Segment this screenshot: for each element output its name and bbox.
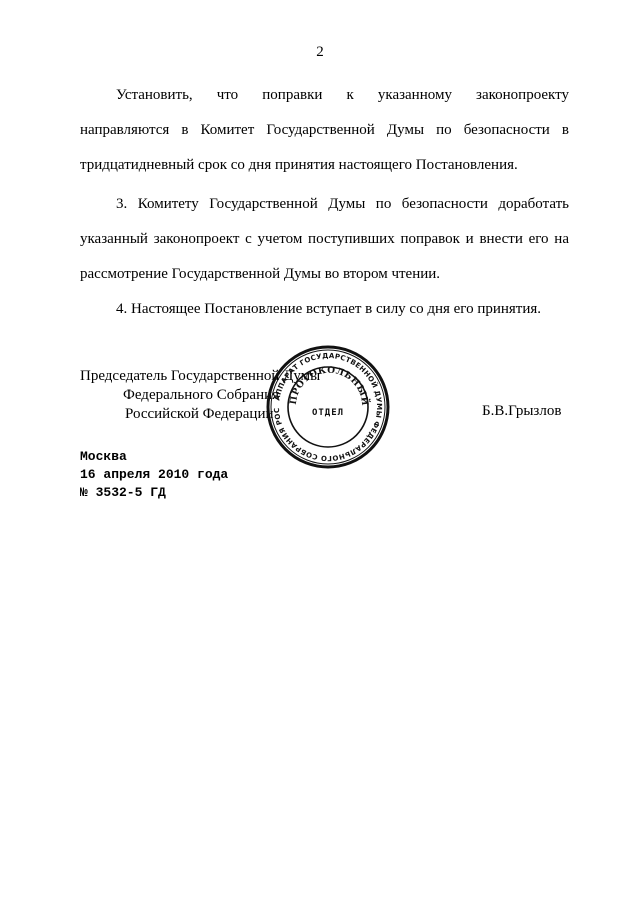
meta-city: Москва [80,448,228,466]
line-text: 3. Комитету Государственной Думы по безо… [116,196,569,212]
paragraph-line: 4. Настоящее Постановление вступает в си… [80,292,569,327]
official-stamp: АППАРАТ ГОСУДАРСТВЕННОЙ ДУМЫ ФЕДЕРАЛЬНОГ… [266,345,390,469]
paragraph-item-3: 3. Комитету Государственной Думы по безо… [80,187,569,292]
paragraph-line: направляются в Комитет Государственной Д… [80,113,569,148]
paragraph-line: 3. Комитету Государственной Думы по безо… [80,187,569,222]
line-text: указанный законопроект с учетом поступив… [80,231,569,247]
paragraph-item-4: 4. Настоящее Постановление вступает в си… [80,292,569,327]
page-number: 2 [0,44,640,61]
document-meta: Москва 16 апреля 2010 года № 3532-5 ГД [80,448,228,502]
paragraph-establish: Установить, что поправки к указанному за… [80,78,569,183]
paragraph-line: указанный законопроект с учетом поступив… [80,222,569,257]
line-text: 4. Настоящее Постановление вступает в си… [116,301,541,317]
line-text: Установить, что поправки к указанному за… [116,87,569,103]
paragraph-line: тридцатидневный срок со дня принятия нас… [80,148,569,183]
signer-name: Б.В.Грызлов [482,403,561,420]
paragraph-line: Установить, что поправки к указанному за… [80,78,569,113]
stamp-seal-icon: АППАРАТ ГОСУДАРСТВЕННОЙ ДУМЫ ФЕДЕРАЛЬНОГ… [266,345,390,469]
line-text: направляются в Комитет Государственной Д… [80,122,569,138]
meta-number: № 3532-5 ГД [80,484,228,502]
meta-date: 16 апреля 2010 года [80,466,228,484]
stamp-center-text: ОТДЕЛ [312,408,344,418]
paragraph-line: рассмотрение Государственной Думы во вто… [80,257,569,292]
